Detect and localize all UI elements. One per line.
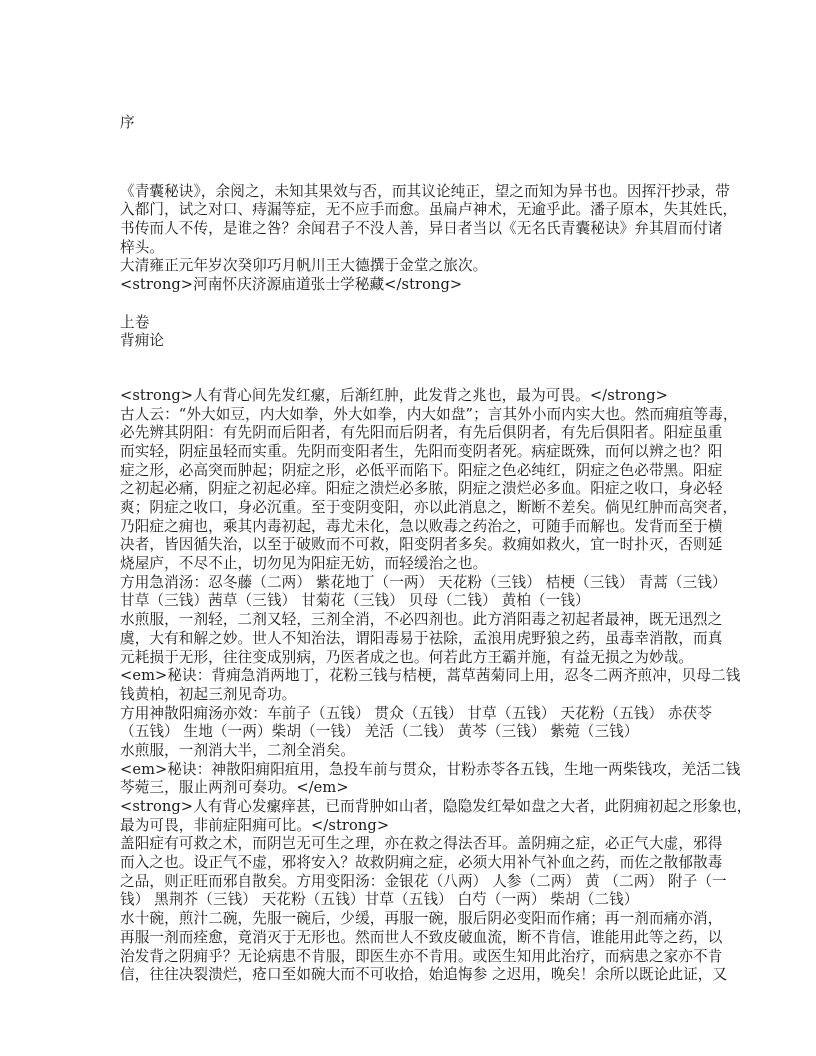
body-line: <strong>人有背心间先发红瘰，后渐红肿，此发背之兆也，最为可畏。</str… bbox=[120, 387, 700, 406]
preface-line: 《青囊秘诀》，余阅之，未知其果效与否，而其议论纯正，望之而知为异书也。因挥汗抄录… bbox=[120, 183, 700, 202]
prescription-line: 方用急消汤：忍冬藤（二两） 紫花地丁（一两） 天花粉（三钱） 桔梗（三钱） 青蒿… bbox=[120, 574, 700, 593]
body-line: 之初起必痛，阴症之初起必痒。阳症之溃烂必多脓，阴症之溃烂必多血。阳症之收口，身必… bbox=[120, 480, 700, 499]
preface-title: 序 bbox=[120, 114, 700, 133]
preface-line: 书传而人不传，是谁之咎？余闻君子不没人善，异日者当以《无名氏青囊秘诀》弁其眉而付… bbox=[120, 220, 700, 239]
prescription-line: 甘草（三钱）茜草（三钱） 甘菊花（三钱） 贝母（二钱） 黄柏（一钱） bbox=[120, 592, 700, 611]
body-line: 爽；阴症之收口，身必沉重。至于变阴变阳，亦以此消息之，断断不差矣。倘见红肿而高突… bbox=[120, 499, 700, 518]
mnemonic-line: <em>秘诀：神散阳痈阳疽用，急投车前与贯众，甘粉赤苓各五钱，生地一两柴钱攻，羌… bbox=[120, 761, 700, 780]
prescription-line: 方用神散阳痈汤亦效：车前子（五钱） 贯众（五钱） 甘草（五钱） 天花粉（五钱） … bbox=[120, 705, 700, 724]
body-line: 古人云：“外大如豆，内大如拳，外大如拳，内大如盘”；言其外小而内实大也。然而痈疽… bbox=[120, 406, 700, 425]
preface-signature: 大清雍正元年岁次癸卯巧月帆川王大德撰于金堂之旅次。 bbox=[120, 257, 700, 276]
body-line: 水煎服，一剂消大半，二剂全消矣。 bbox=[120, 742, 700, 761]
spacer bbox=[120, 295, 700, 314]
volume-title: 上卷 bbox=[120, 314, 700, 333]
prescription-line: 之品，则正旺而邪自散矣。方用变阳汤：金银花（八两） 人参（二两） 黄 （二两） … bbox=[120, 873, 700, 892]
body-line: 治发背之阴痈乎？无论病患不肯服，即医生亦不肯用。或医生知用此治疗，而病患之家亦不… bbox=[120, 948, 700, 967]
body-line: 必先辨其阴阳：有先阴而后阳者，有先阳而后阴者，有先后俱阴者，有先后俱阳者。阳症虽… bbox=[120, 424, 700, 443]
body-line: 水煎服，一剂轻，二剂又轻，三剂全消，不必四剂也。此方消阳毒之初起者最神，既无迅烈… bbox=[120, 611, 700, 630]
collection-note: <strong>河南怀庆济源庙道张士学秘藏</strong> bbox=[120, 276, 700, 295]
chapter-body: <strong>人有背心间先发红瘰，后渐红肿，此发背之兆也，最为可畏。</str… bbox=[120, 387, 700, 985]
spacer bbox=[120, 351, 700, 387]
body-line: 信，往往决裂溃烂，疮口至如碗大而不可收拾，始追悔参 之迟用，晚矣！余所以既论此证… bbox=[120, 966, 700, 985]
mnemonic-line: 芩菀三，服止两剂可奏功。</em> bbox=[120, 779, 700, 798]
preface-line: 梓头。 bbox=[120, 239, 700, 258]
body-line: <strong>人有背心发瘰痒甚，已而背肿如山者，隐隐发红晕如盘之大者，此阴痈初… bbox=[120, 798, 700, 817]
body-line: 元耗损于无形，往往变成别病，乃医者成之也。何若此方王霸并施，有益无损之为妙哉。 bbox=[120, 649, 700, 668]
body-line: 水十碗，煎汁二碗，先服一碗后，少缓，再服一碗，服后阴必变阳而作痛；再一剂而痛亦消… bbox=[120, 910, 700, 929]
body-line: 症之形，必高突而肿起；阴症之形，必低平而陷下。阳症之色必纯红，阴症之色必带黑。阳… bbox=[120, 462, 700, 481]
spacer bbox=[120, 133, 700, 183]
prescription-line: （五钱） 生地（一两）柴胡（一钱） 羌活（二钱） 黄芩（三钱） 紫菀（三钱） bbox=[120, 723, 700, 742]
body-line: 再服一剂而痊愈，竟消灭于无形也。然而世人不致皮破血流，断不肯信，谁能用此等之药，… bbox=[120, 929, 700, 948]
body-line: 盖阳症有可救之术，而阴岂无可生之理，亦在救之得法否耳。盖阴痈之症，必正气大虚，邪… bbox=[120, 835, 700, 854]
body-line: 虞，大有和解之妙。世人不知治法，谓阳毒易于祛除，孟浪用虎野狼之药，虽毒幸消散，而… bbox=[120, 630, 700, 649]
body-line: 而入之也。设正气不虚，邪将安入？故救阴痈之症，必须大用补气补血之药，而佐之散郁散… bbox=[120, 854, 700, 873]
document-page: 序 《青囊秘诀》，余阅之，未知其果效与否，而其议论纯正，望之而知为异书也。因挥汗… bbox=[120, 114, 700, 985]
mnemonic-line: 钱黄柏，初起三剂见奇功。 bbox=[120, 686, 700, 705]
body-line: 最为可畏，非前症阳痈可比。</strong> bbox=[120, 817, 700, 836]
body-line: 决者，皆因循失治，以至于破败而不可救，阳变阴者多矣。救痈如救火，宜一时扑灭，否则… bbox=[120, 536, 700, 555]
chapter-title: 背痈论 bbox=[120, 332, 700, 351]
body-line: 烧屋庐，不尽不止，切勿见为阳症无妨，而轻缓治之也。 bbox=[120, 555, 700, 574]
body-line: 而实轻，阴症虽轻而实重。先阴而变阳者生，先阳而变阴者死。病症既殊，而何以辨之也？… bbox=[120, 443, 700, 462]
mnemonic-line: <em>秘诀：背痈急消两地丁，花粉三钱与桔梗，蒿草茜菊同上用，忍冬二两齐煎冲，贝… bbox=[120, 667, 700, 686]
prescription-line: 钱） 黑荆芥（三钱） 天花粉（五钱）甘草（五钱） 白芍（一两） 柴胡（二钱） bbox=[120, 891, 700, 910]
preface-line: 入都门，试之对口、痔漏等症，无不应手而愈。虽扁卢神术，无逾乎此。潘子原本，失其姓… bbox=[120, 201, 700, 220]
preface-paragraph: 《青囊秘诀》，余阅之，未知其果效与否，而其议论纯正，望之而知为异书也。因挥汗抄录… bbox=[120, 183, 700, 258]
body-line: 乃阳症之痈也，乘其内毒初起，毒尤未化，急以败毒之药治之，可随手而解也。发背而至于… bbox=[120, 518, 700, 537]
